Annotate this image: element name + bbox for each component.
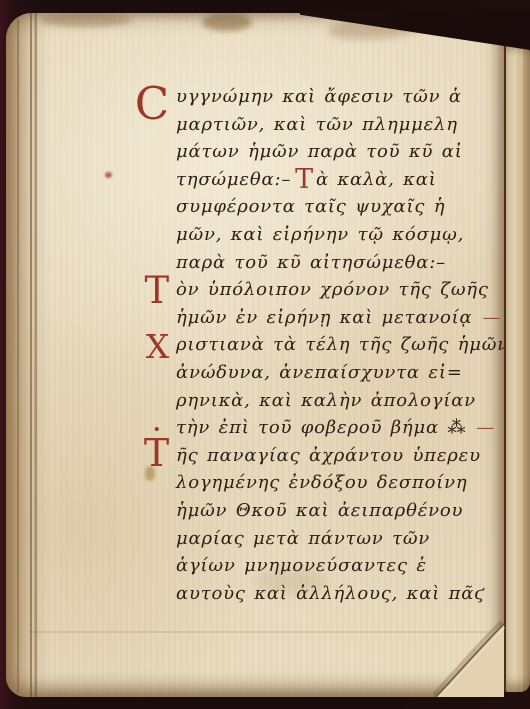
line-text: λογημένης ἐνδόξου δεσποίνη [176, 472, 467, 493]
manuscript-line: Τὸν ὑπόλοιπον χρόνον τῆς ζωῆς [176, 276, 504, 304]
line-text: ἀνώδυνα, ἀνεπαίσχυντα εἰ= [176, 362, 463, 383]
line-text: ῆς παναγίας ἀχράντου ὑπερευ [176, 445, 481, 466]
manuscript-line: ἡμῶν Θκοῦ καὶ ἀειπαρθένου [176, 497, 504, 525]
line-text: μάτων ἡμῶν παρὰ τοῦ κῦ αἰ [176, 141, 463, 162]
manuscript-line: μῶν, καὶ εἰρήνην τῷ κόσμῳ, [176, 221, 504, 249]
manuscript-line: ἁγίων μνημονεύσαντες ἑ [176, 552, 504, 580]
binding-crease [17, 19, 19, 693]
line-text: ἁγίων μνημονεύσαντες ἑ [176, 555, 427, 576]
manuscript-line: ἡμῶν ἐν εἰρήνῃ καὶ μετανοίᾳ— [176, 304, 504, 332]
rubric-dash: — [482, 307, 500, 328]
line-text: τὴν ἐπὶ τοῦ φοβεροῦ βήμα ⁂ [176, 417, 466, 438]
line-text: ὸν ὑπόλοιπον χρόνον τῆς ζωῆς [176, 279, 489, 300]
line-text: ρηνικὰ, καὶ καλὴν ἀπολογίαν [176, 390, 476, 411]
rubric-dash: — [476, 417, 494, 438]
rubric-initial-tau-cross: Τ [144, 434, 170, 472]
manuscript-line: ρηνικὰ, καὶ καλὴν ἀπολογίαν [176, 387, 504, 415]
manuscript-line: μάτων ἡμῶν παρὰ τοῦ κῦ αἰ [176, 138, 504, 166]
line-text: μαρίας μετὰ πάντων τῶν [176, 528, 430, 549]
line-text: ἡμῶν Θκοῦ καὶ ἀειπαρθένου [176, 500, 463, 521]
manuscript-line: Χριστιανὰ τὰ τέλη τῆς ζωῆς ἡμῶν, [176, 331, 504, 359]
binding-gutter [6, 13, 50, 697]
line-text: ὰ καλὰ, καὶ [316, 169, 437, 190]
text-block: Ϲυγγνώμην καὶ ἄφεσιν τῶν ἁ μαρτιῶν, καὶ … [176, 83, 504, 607]
manuscript-line: μαρίας μετὰ πάντων τῶν [176, 525, 504, 553]
line-text: παρὰ τοῦ κῦ αἰτησώμεθα:– [176, 252, 446, 273]
parchment-crease [28, 631, 492, 633]
line-text: ριστιανὰ τὰ τέλη τῆς ζωῆς ἡμῶν, [176, 334, 504, 355]
rubric-initial-chi: Χ [146, 330, 170, 363]
manuscript-line: τὴν ἐπὶ τοῦ φοβεροῦ βήμα ⁂— [176, 414, 504, 442]
rubric-initial-sigma: Ϲ [135, 81, 170, 126]
manuscript-line: συμφέροντα ταῖς ψυχαῖς ἡ [176, 193, 504, 221]
binding-crease [30, 13, 37, 697]
next-leaf-edge [503, 44, 530, 692]
line-text: μῶν, καὶ εἰρήνην τῷ κόσμῳ, [176, 224, 464, 245]
stain [40, 13, 132, 27]
manuscript-line: παρὰ τοῦ κῦ αἰτησώμεθα:– [176, 249, 504, 277]
line-text: τησώμεθα:– [176, 169, 291, 190]
line-text: υγγνώμην καὶ ἄφεσιν τῶν ἁ [176, 86, 462, 107]
line-text: μαρτιῶν, καὶ τῶν πλημμελη [176, 114, 458, 135]
manuscript-line: Τῆς παναγίας ἀχράντου ὑπερευ [176, 442, 504, 470]
ink-spot [105, 172, 112, 178]
manuscript-page: Ϲυγγνώμην καὶ ἄφεσιν τῶν ἁ μαρτιῶν, καὶ … [6, 13, 504, 697]
line-text: ἡμῶν ἐν εἰρήνῃ καὶ μετανοίᾳ [176, 307, 472, 328]
page-corner-curl [426, 600, 506, 697]
manuscript-line: λογημένης ἐνδόξου δεσποίνη [176, 469, 504, 497]
manuscript-photo: Ϲυγγνώμην καὶ ἄφεσιν τῶν ἁ μαρτιῶν, καὶ … [0, 0, 530, 709]
line-text: συμφέροντα ταῖς ψυχαῖς ἡ [176, 196, 445, 217]
rubric-initial-tau: Τ [145, 272, 170, 309]
manuscript-line: τησώμεθα:–Τὰ καλὰ, καὶ [176, 166, 504, 194]
manuscript-line: μαρτιῶν, καὶ τῶν πλημμελη [176, 111, 504, 139]
manuscript-line: Ϲυγγνώμην καὶ ἄφεσιν τῶν ἁ [176, 83, 504, 111]
rubric-initial-tau-inline: Τ [295, 164, 314, 195]
stain [202, 13, 252, 31]
manuscript-line: ἀνώδυνα, ἀνεπαίσχυντα εἰ= [176, 359, 504, 387]
